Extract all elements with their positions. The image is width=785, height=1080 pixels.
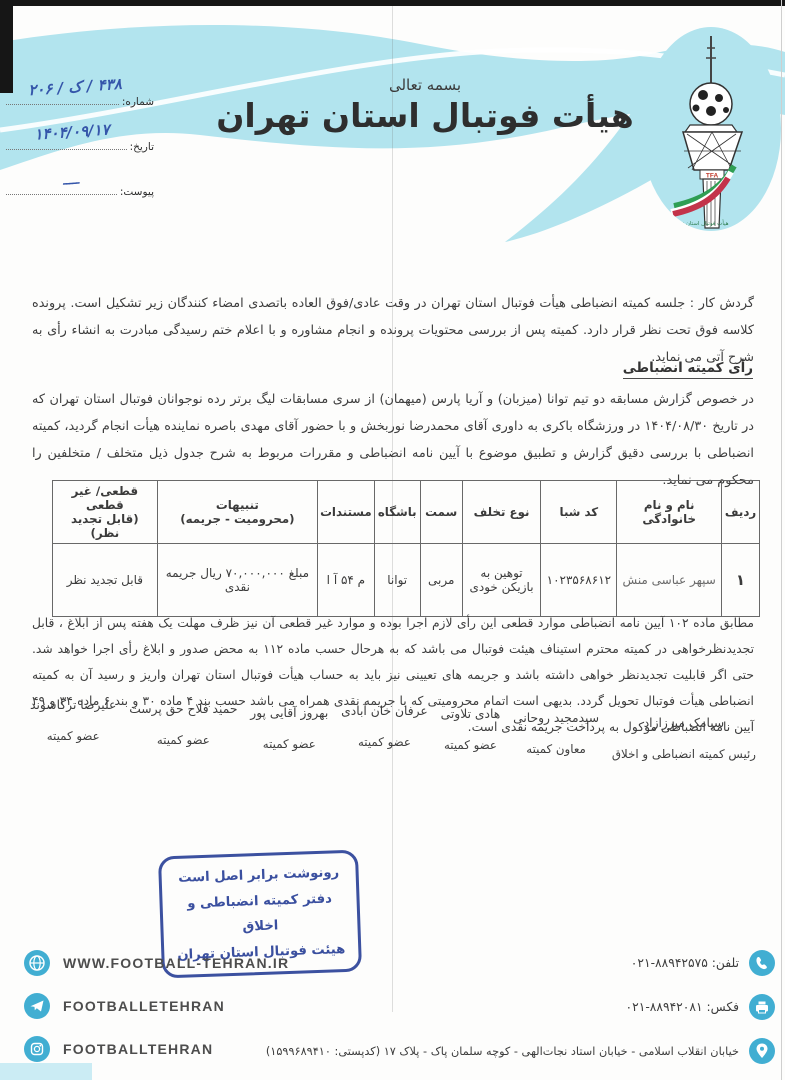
phone-icon: [749, 950, 775, 976]
telegram-icon: [24, 993, 50, 1019]
telegram-handle: FOOTBALLETEHRAN: [63, 998, 225, 1014]
col-documents: مستندات: [318, 481, 375, 544]
letter-attachment-row: پیوست: ـــــ: [6, 180, 154, 198]
signature-member-2: عرفان خان آبادی عضو کمیته: [341, 698, 428, 761]
workflow-paragraph: گردش کار : جلسه کمیته انضباطی هیأت فوتبا…: [32, 290, 754, 371]
col-name: نام و نام خانوادگی: [617, 481, 722, 544]
letter-date-row: تاریخ: ۱۴۰۴/۰۹/۱۷: [6, 135, 154, 153]
fax-icon: [749, 994, 775, 1020]
globe-icon: [24, 950, 50, 976]
logo-caption: هیأت فوتبال استان تهران: [671, 219, 728, 227]
scanned-letter-page: TFA هیأت فوتبال استان تهران بسمه تعالی ه…: [0, 0, 785, 1080]
signature-member-4: حمید فلاح حق پرست عضو کمیته: [129, 698, 237, 761]
col-finality: قطعی/ غیر قطعی (قابل تجدید نظر): [53, 481, 158, 544]
signer-title: عضو کمیته: [129, 733, 237, 747]
fax-number: فکس: ۸۸۹۴۲۰۸۱-۰۲۱: [625, 1000, 739, 1014]
cell-finality: قابل تجدید نظر: [53, 544, 158, 617]
scan-artifact-left: [0, 0, 13, 93]
phone-number: تلفن: ۸۸۹۴۲۵۷۵-۰۲۱: [631, 956, 739, 970]
cell-name: سپهر عباسی منش: [617, 544, 722, 617]
signature-member-1: هادی تلاوتی عضو کمیته: [441, 698, 501, 761]
bismillah-text: بسمه تعالی: [260, 76, 590, 94]
cell-documents: م ۵۴ آ ا: [318, 544, 375, 617]
signature-chairman: سیامک میرزازاد رئیس کمیته انضباطی و اخلا…: [612, 698, 756, 761]
letter-date-label: تاریخ:: [130, 141, 154, 153]
signature-member-3: بهروز آقایی پور عضو کمیته: [250, 698, 328, 761]
signer-title: عضو کمیته: [341, 735, 428, 749]
signer-name: سیامک میرزازاد: [612, 716, 756, 730]
address-text: خیابان انقلاب اسلامی - خیابان استاد نجات…: [266, 1045, 739, 1058]
instagram-row[interactable]: FOOTBALLTEHRAN: [24, 1036, 289, 1062]
signer-name: سیدمجید روحانی: [513, 711, 599, 725]
cell-violation: توهین به بازیکن خودی: [462, 544, 541, 617]
telegram-row[interactable]: FOOTBALLETEHRAN: [24, 993, 289, 1019]
verdict-paragraph: در خصوص گزارش مسابقه دو تیم توانا (میزبا…: [32, 386, 754, 494]
signer-name: بهروز آقایی پور: [250, 706, 328, 720]
signer-title: عضو کمیته: [30, 729, 116, 743]
table-row: ۱ سپهر عباسی منش ۱۰۲۳۵۶۸۶۱۲ توهین به باز…: [53, 544, 760, 617]
verdict-heading: رأی کمیته انضباطی: [623, 360, 753, 379]
stamp-line-2: دفتر کمیته انضباطی و اخلاق: [168, 886, 352, 944]
cell-sheba: ۱۰۲۳۵۶۸۶۱۲: [541, 544, 617, 617]
address-row: خیابان انقلاب اسلامی - خیابان استاد نجات…: [355, 1038, 775, 1064]
letter-meta-fields: شماره: ۴۳۸ / ک / ۲۰۶ تاریخ: ۱۴۰۴/۰۹/۱۷ پ…: [6, 90, 154, 225]
signature-member-5: علیرضا ترکاشوند عضو کمیته: [30, 698, 116, 761]
verdict-table: ردیف نام و نام خانوادگی کد شبا نوع تخلف …: [52, 480, 760, 617]
scan-artifact-right-edge: [781, 0, 782, 1080]
col-sheba: کد شبا: [541, 481, 617, 544]
footer-contacts: تلفن: ۸۸۹۴۲۵۷۵-۰۲۱ فکس: ۸۸۹۴۲۰۸۱-۰۲۱ خیا…: [355, 950, 775, 1080]
fax-row: فکس: ۸۸۹۴۲۰۸۱-۰۲۱: [355, 994, 775, 1020]
tfa-logo: TFA هیأت فوتبال استان تهران: [641, 27, 781, 231]
cell-penalty: مبلغ ۷۰,۰۰۰,۰۰۰ ریال جریمه نقدی: [157, 544, 317, 617]
signatures-row: سیامک میرزازاد رئیس کمیته انضباطی و اخلا…: [30, 698, 756, 761]
signature-deputy: سیدمجید روحانی معاون کمیته: [513, 698, 599, 761]
col-club: باشگاه: [374, 481, 420, 544]
cell-club: توانا: [374, 544, 420, 617]
website-row[interactable]: WWW.FOOTBALL-TEHRAN.IR: [24, 950, 289, 976]
letter-attachment-label: پیوست:: [120, 186, 154, 198]
instagram-handle: FOOTBALLTEHRAN: [63, 1041, 213, 1057]
col-penalties: تنبیهات (محرومیت - جریمه): [157, 481, 317, 544]
cell-position: مربی: [420, 544, 462, 617]
signer-name: عرفان خان آبادی: [341, 704, 428, 718]
signer-title: رئیس کمیته انضباطی و اخلاق: [612, 747, 756, 761]
signer-name: حمید فلاح حق پرست: [129, 702, 237, 716]
signer-title: معاون کمیته: [513, 742, 599, 756]
signer-title: عضو کمیته: [441, 738, 501, 752]
organization-title: هیأت فوتبال استان تهران: [210, 96, 640, 135]
phone-row: تلفن: ۸۸۹۴۲۵۷۵-۰۲۱: [355, 950, 775, 976]
col-radif: ردیف: [722, 481, 760, 544]
instagram-icon: [24, 1036, 50, 1062]
letter-number-row: شماره: ۴۳۸ / ک / ۲۰۶: [6, 90, 154, 108]
website-url: WWW.FOOTBALL-TEHRAN.IR: [63, 955, 289, 971]
col-violation: نوع تخلف: [462, 481, 541, 544]
col-position: سمت: [420, 481, 462, 544]
table-header-row: ردیف نام و نام خانوادگی کد شبا نوع تخلف …: [53, 481, 760, 544]
cell-radif: ۱: [722, 544, 760, 617]
signer-name: علیرضا ترکاشوند: [30, 698, 116, 712]
letter-number-label: شماره:: [122, 96, 154, 108]
location-icon: [749, 1038, 775, 1064]
signer-name: هادی تلاوتی: [441, 707, 501, 721]
footer-links: WWW.FOOTBALL-TEHRAN.IR FOOTBALLETEHRAN F…: [24, 950, 289, 1079]
signer-title: عضو کمیته: [250, 737, 328, 751]
